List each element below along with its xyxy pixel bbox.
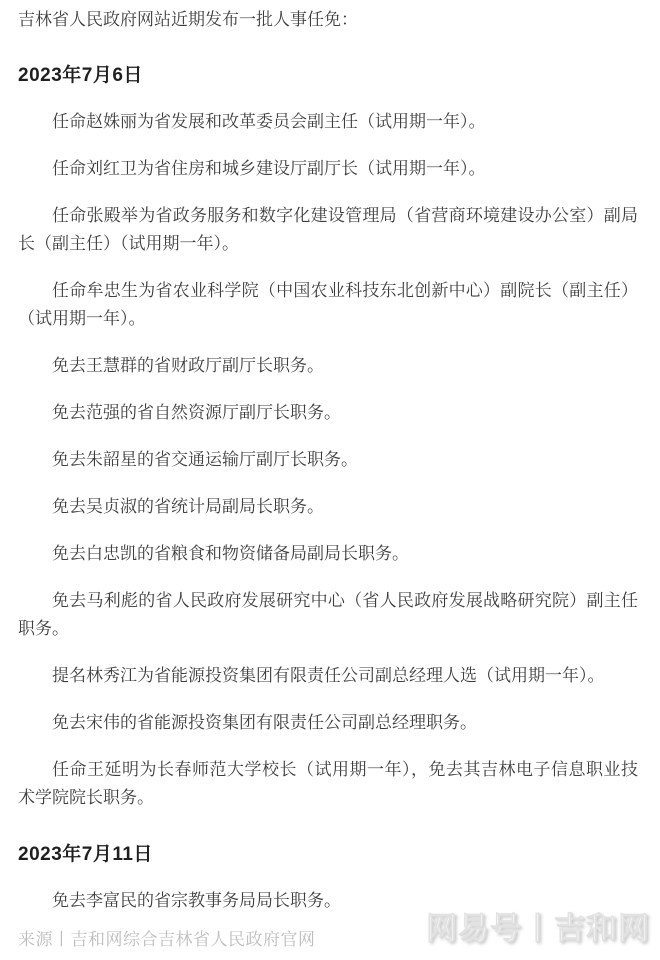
- dismissal-paragraph: 免去王慧群的省财政厅副厅长职务。: [18, 352, 638, 380]
- nomination-paragraph: 提名林秀江为省能源投资集团有限责任公司副总经理人选（试用期一年）。: [18, 662, 638, 690]
- source-attribution: 来源丨吉和网综合吉林省人民政府官网: [18, 925, 316, 950]
- appointment-paragraph: 任命赵姝丽为省发展和改革委员会副主任（试用期一年）。: [18, 108, 638, 136]
- intro-line: 吉林省人民政府网站近期发布一批人事任免：: [18, 7, 638, 33]
- dismissal-paragraph: 免去宋伟的省能源投资集团有限责任公司副总经理职务。: [18, 709, 638, 737]
- dismissal-paragraph: 免去朱韶星的省交通运输厅副厅长职务。: [18, 446, 638, 474]
- dismissal-paragraph: 免去马利彪的省人民政府发展研究中心（省人民政府发展战略研究院）副主任职务。: [18, 587, 638, 643]
- dismissal-paragraph: 免去白忠凯的省粮食和物资储备局副局长职务。: [18, 540, 638, 568]
- date-heading-july-6: 2023年7月6日: [18, 63, 638, 89]
- appointment-paragraph: 任命牟忠生为省农业科学院（中国农业科技东北创新中心）副院长（副主任）（试用期一年…: [18, 277, 638, 333]
- appointment-paragraph: 任命张殿举为省政务服务和数字化建设管理局（省营商环境建设办公室）副局长（副主任）…: [18, 202, 638, 258]
- netease-jihe-watermark: 网易号丨吉和网: [426, 903, 650, 948]
- dismissal-paragraph: 免去范强的省自然资源厅副厅长职务。: [18, 399, 638, 427]
- appointment-paragraph: 任命王延明为长春师范大学校长（试用期一年），免去其吉林电子信息职业技术学院院长职…: [18, 756, 638, 812]
- article-page: { "article": { "intro": "吉林省人民政府网站近期发布一批…: [0, 0, 660, 960]
- date-heading-july-11: 2023年7月11日: [18, 842, 638, 868]
- appointment-paragraph: 任命刘红卫为省住房和城乡建设厅副厅长（试用期一年）。: [18, 155, 638, 183]
- dismissal-paragraph: 免去吴贞淑的省统计局副局长职务。: [18, 493, 638, 521]
- article-body: 吉林省人民政府网站近期发布一批人事任免： 2023年7月6日 任命赵姝丽为省发展…: [0, 0, 660, 915]
